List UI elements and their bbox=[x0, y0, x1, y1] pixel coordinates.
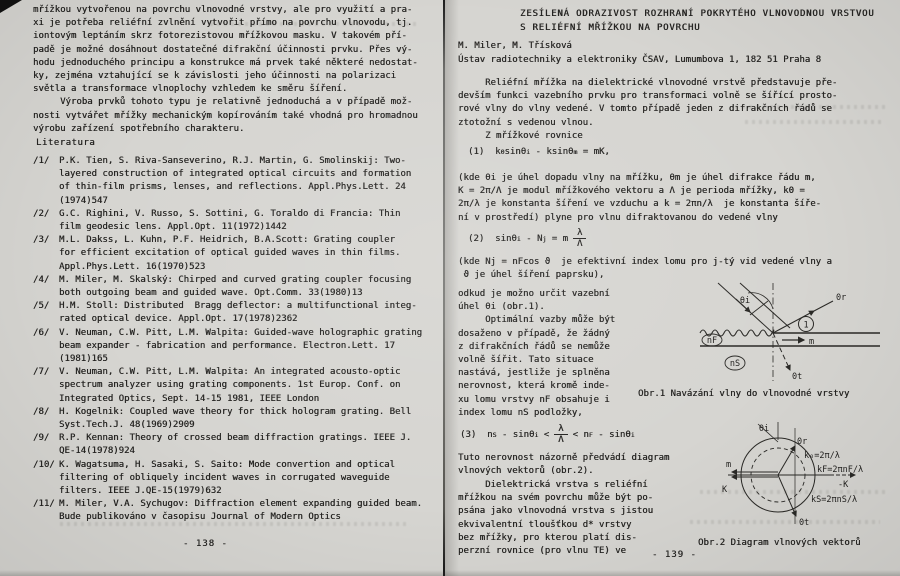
equation-1-term: sinθ bbox=[504, 147, 526, 157]
reference-item: /7/ V. Neuman, C.W. Pitt, L.M. Walpita: … bbox=[33, 366, 435, 406]
paper-title-line2: S RELIÉFNÍ MŘÍŽKOU NA POVRCHU bbox=[520, 22, 700, 35]
figure-1-coupling-diagram: θi 0r 1 m 0t nF nS bbox=[648, 283, 898, 387]
reference-number: /3/ bbox=[33, 234, 49, 247]
left-page: mřížkou vytvořenou na povrchu vlnovodné … bbox=[0, 0, 443, 576]
fig2-ray-r-label: 0r bbox=[797, 437, 807, 447]
fig1-ns-label: nS bbox=[730, 359, 740, 369]
reference-number: /5/ bbox=[33, 300, 49, 313]
equation-1-label: (1) bbox=[468, 147, 484, 157]
equation-2-term: sinθ bbox=[484, 234, 517, 244]
fraction-numerator: λ bbox=[573, 228, 586, 239]
equation-intro-line: Z mřížkové rovnice bbox=[458, 130, 583, 143]
fraction: λΛ bbox=[554, 424, 567, 445]
reference-item: /8/ H. Kogelnik: Coupled wave theory for… bbox=[33, 406, 435, 432]
fig2-minus-k-label: -K bbox=[838, 480, 849, 490]
reference-number: /6/ bbox=[33, 327, 49, 340]
reference-item: /3/ M.L. Dakss, L. Kuhn, P.F. Heidrich, … bbox=[33, 234, 435, 274]
fig1-ray-r-label: 0r bbox=[836, 293, 846, 303]
fig1-mode-m-label: m bbox=[809, 337, 814, 347]
equation-3-term: < n bbox=[573, 430, 589, 440]
bleedthrough-artifact bbox=[735, 105, 885, 109]
equation-2-term: = m bbox=[546, 234, 568, 244]
reference-number: /9/ bbox=[33, 432, 49, 445]
reference-text: P.K. Tien, S. Riva-Sanseverino, R.J. Mar… bbox=[59, 155, 435, 208]
figure-2-caption: Obr.2 Diagram vlnových vektorů bbox=[698, 537, 861, 550]
figure-1-caption: Obr.1 Navázání vlny do vlnovodné vrstvy bbox=[638, 388, 849, 401]
reference-list: /1/ P.K. Tien, S. Riva-Sanseverino, R.J.… bbox=[33, 155, 435, 525]
figure-2-wave-vector-diagram: -K θi 0r 0t m K k₀=2π/λ kF=2πnF/λ kS=2πn… bbox=[700, 422, 900, 532]
reference-text: K. Wagatsuma, H. Sasaki, S. Saito: Mode … bbox=[59, 459, 435, 499]
fraction-denominator: Λ bbox=[554, 435, 567, 445]
equation-2-label: (2) bbox=[468, 234, 484, 244]
fig1-theta-label: θi bbox=[740, 296, 750, 306]
bleedthrough-artifact bbox=[690, 520, 880, 524]
reference-text: R.P. Kennan: Theory of crossed beam diff… bbox=[59, 432, 435, 458]
page-number-left: - 138 - bbox=[183, 539, 228, 549]
equation-1-term: = mK, bbox=[577, 147, 610, 157]
equation-3-note: Tuto nerovnost názorně předvádí diagram … bbox=[458, 452, 698, 478]
equation-1-note: (kde θi je úhel dopadu vlny na mřížku, θ… bbox=[458, 172, 878, 225]
equation-3-term: - sinθ bbox=[496, 430, 534, 440]
scanned-book-spread: { "left_page": { "body_text": "mřížkou v… bbox=[0, 0, 900, 576]
transmitted-ray-0t bbox=[773, 333, 790, 370]
fig2-m-label: m bbox=[726, 460, 731, 470]
reference-number: /1/ bbox=[33, 155, 49, 168]
fraction-numerator: λ bbox=[554, 424, 567, 435]
fig1-nf-label: nF bbox=[707, 336, 717, 346]
reference-item: /2/ G.C. Righini, V. Russo, S. Sottini, … bbox=[33, 208, 435, 234]
fig1-order-one-label: 1 bbox=[803, 321, 808, 331]
reference-number: /7/ bbox=[33, 366, 49, 379]
fig1-ray-t-label: 0t bbox=[792, 372, 802, 382]
bleedthrough-artifact bbox=[745, 120, 885, 124]
affiliation-line: Ústav radiotechniky a elektroniky ČSAV, … bbox=[458, 54, 821, 67]
reference-number: /2/ bbox=[33, 208, 49, 221]
equation-3: (3) nS - sinθi <λΛ< nF - sinθi bbox=[460, 424, 635, 445]
bleedthrough-artifact bbox=[60, 522, 410, 526]
equation-1-term: k bbox=[484, 147, 500, 157]
equation-1-term: - ksinθ bbox=[530, 147, 573, 157]
reference-number: /4/ bbox=[33, 274, 49, 287]
ray-0t bbox=[778, 475, 796, 516]
fraction-denominator: Λ bbox=[573, 239, 586, 249]
incident-wavefront-tick bbox=[750, 301, 768, 315]
paper-title-line1: ZESÍLENÁ ODRAZIVOST ROZHRANÍ POKRYTÉHO V… bbox=[520, 8, 874, 21]
bleedthrough-artifact bbox=[210, 22, 420, 26]
reference-item: /4/ M. Miler, M. Skalský: Chirped and cu… bbox=[33, 274, 435, 300]
reference-item: /9/ R.P. Kennan: Theory of crossed beam … bbox=[33, 432, 435, 458]
reference-text: V. Neuman, C.W. Pitt, L.M. Walpita: Guid… bbox=[59, 327, 435, 367]
reference-text: H. Kogelnik: Coupled wave theory for thi… bbox=[59, 406, 435, 432]
reference-number: /10/ bbox=[33, 459, 55, 472]
fig2-ks-label: kS=2πnS/λ bbox=[811, 495, 857, 505]
reference-item: /1/ P.K. Tien, S. Riva-Sanseverino, R.J.… bbox=[33, 155, 435, 208]
reference-text: M.L. Dakss, L. Kuhn, P.F. Heidrich, B.A.… bbox=[59, 234, 435, 274]
fraction: λΛ bbox=[573, 228, 586, 249]
reference-number: /11/ bbox=[33, 498, 55, 511]
reference-item: /6/ V. Neuman, C.W. Pitt, L.M. Walpita: … bbox=[33, 327, 435, 367]
equation-3-label: (3) bbox=[460, 430, 476, 440]
fig2-theta-label: θi bbox=[759, 424, 769, 434]
reference-text: G.C. Righini, V. Russo, S. Sottini, G. T… bbox=[59, 208, 435, 234]
reference-text: M. Miler, M. Skalský: Chirped and curved… bbox=[59, 274, 435, 300]
reflected-ray-0r bbox=[814, 301, 833, 311]
reference-item: /5/ H.M. Stoll: Distributed Bragg deflec… bbox=[33, 300, 435, 326]
equation-2-term: - N bbox=[521, 234, 543, 244]
equation-1: (1) k0sinθi - ksinθm = mK, bbox=[468, 147, 610, 157]
equation-3-term: - sinθ bbox=[593, 430, 631, 440]
equation-2: (2) sinθi - Nj = mλΛ bbox=[468, 228, 591, 249]
page-edge-shadow bbox=[445, 0, 459, 576]
reference-text: H.M. Stoll: Distributed Bragg deflector:… bbox=[59, 300, 435, 326]
bleedthrough-artifact bbox=[700, 490, 885, 494]
scan-corner-artifact bbox=[0, 0, 22, 13]
column-text-2: Dielektrická vrstva s reliéfní mřížkou n… bbox=[458, 479, 683, 558]
literatura-heading: Literatura bbox=[36, 137, 95, 150]
ray-0r bbox=[778, 446, 795, 475]
scan-edge-shadow bbox=[0, 570, 900, 576]
page-number-right: - 139 - bbox=[652, 550, 697, 560]
equation-2-note: (kde Nj = nFcos ϑ je efektivní index lom… bbox=[458, 256, 888, 282]
equation-3-term: n bbox=[476, 430, 492, 440]
reference-item: /11/ M. Miler, V.A. Sychugov: Diffractio… bbox=[33, 498, 435, 524]
reference-item: /10/ K. Wagatsuma, H. Sasaki, S. Saito: … bbox=[33, 459, 435, 499]
fig2-kf-label: kF=2πnF/λ bbox=[817, 465, 863, 475]
reference-number: /8/ bbox=[33, 406, 49, 419]
fig2-k0-label: k₀=2π/λ bbox=[804, 451, 840, 461]
reference-text: M. Miler, V.A. Sychugov: Diffraction ele… bbox=[59, 498, 435, 524]
reference-text: V. Neuman, C.W. Pitt, L.M. Walpita: An i… bbox=[59, 366, 435, 406]
authors-line: M. Miler, M. Třísková bbox=[458, 40, 572, 53]
equation-3-term: < bbox=[538, 430, 549, 440]
